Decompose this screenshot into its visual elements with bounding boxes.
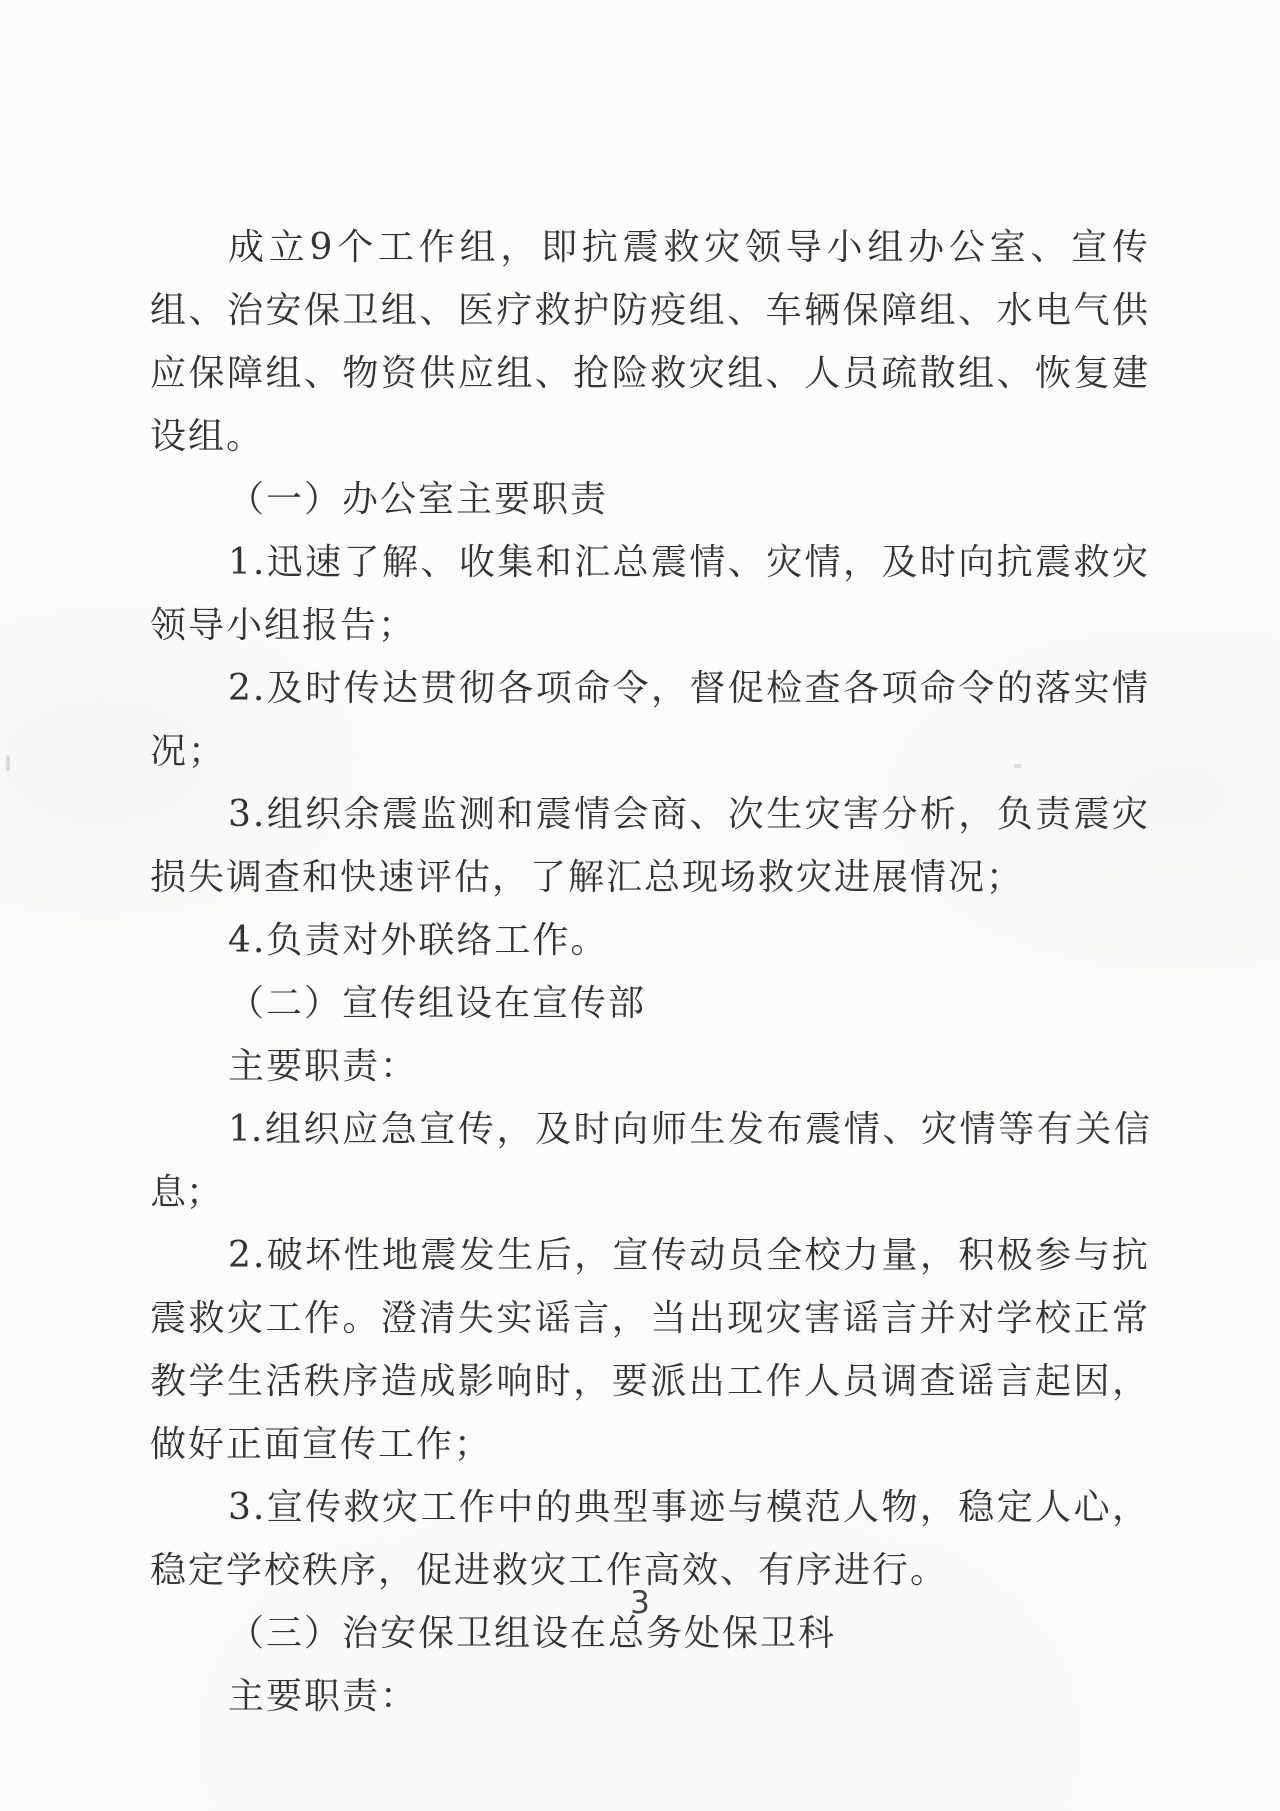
paragraph-publicity-duty-3: 3.宣传救灾工作中的典型事迹与模范人物，稳定人心，稳定学校秩序，促进救灾工作高效… (150, 1476, 1150, 1602)
paragraph-office-duty-1: 1.迅速了解、收集和汇总震情、灾情，及时向抗震救灾领导小组报告； (150, 531, 1150, 657)
document-body-text: 成立9个工作组，即抗震救灾领导小组办公室、宣传组、治安保卫组、医疗救护防疫组、车… (150, 216, 1150, 1728)
section-2-heading: （二）宣传组设在宣传部 (150, 972, 1150, 1035)
document-page: 成立9个工作组，即抗震救灾领导小组办公室、宣传组、治安保卫组、医疗救护防疫组、车… (0, 0, 1280, 1811)
paragraph-office-duty-4: 4.负责对外联络工作。 (150, 909, 1150, 972)
paragraph-publicity-duty-1: 1.组织应急宣传，及时向师生发布震情、灾情等有关信息； (150, 1098, 1150, 1224)
page-number: 3 (630, 1585, 650, 1621)
scan-artifact (6, 755, 10, 771)
paragraph-office-duty-2: 2.及时传达贯彻各项命令，督促检查各项命令的落实情况； (150, 657, 1150, 783)
scan-artifact (1014, 764, 1022, 768)
paragraph-publicity-duty-2: 2.破坏性地震发生后，宣传动员全校力量，积极参与抗震救灾工作。澄清失实谣言，当出… (150, 1224, 1150, 1476)
page-footer: 3 (0, 1585, 1280, 1621)
paragraph-intro: 成立9个工作组，即抗震救灾领导小组办公室、宣传组、治安保卫组、医疗救护防疫组、车… (150, 216, 1150, 468)
section-3-duties-label: 主要职责： (150, 1665, 1150, 1728)
section-2-duties-label: 主要职责： (150, 1035, 1150, 1098)
paragraph-office-duty-3: 3.组织余震监测和震情会商、次生灾害分析，负责震灾损失调查和快速评估，了解汇总现… (150, 783, 1150, 909)
section-1-heading: （一）办公室主要职责 (150, 468, 1150, 531)
